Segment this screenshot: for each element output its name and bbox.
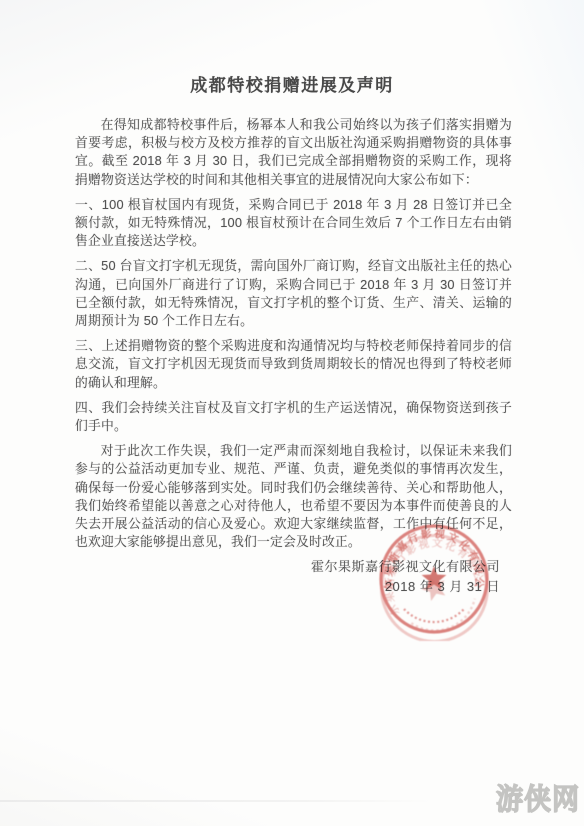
document-title: 成都特校捐赠进展及声明 [0,0,584,96]
signature-company: 霍尔果斯嘉行影视文化有限公司 [311,557,500,577]
scanned-document-page: 成都特校捐赠进展及声明 在得知成都特校事件后，杨幂本人和我公司始终以为孩子们落实… [0,0,584,826]
closing-paragraph: 对于此次工作失误，我们一定严肃而深刻地自我检讨，以保证未来我们参与的公益活动更加… [75,442,512,551]
intro-paragraph: 在得知成都特校事件后，杨幂本人和我公司始终以为孩子们落实捐赠为首要考虑，积极与校… [75,116,512,189]
scan-artifact-line [0,800,432,802]
donation-item-2: 二、50 台盲文打字机无现货，需向国外厂商订购，经盲文出版社主任的热心沟通，已向… [75,257,512,330]
document-body: 在得知成都特校事件后，杨幂本人和我公司始终以为孩子们落实捐赠为首要考虑，积极与校… [75,116,512,558]
donation-item-1: 一、100 根盲杖国内有现货，采购合同已于 2018 年 3 月 28 日签订并… [75,196,512,251]
site-watermark: 游侠网 [496,775,580,817]
signature-date: 2018 年 3 月 31 日 [311,577,500,597]
donation-item-4: 四、我们会持续关注盲杖及盲文打字机的生产运送情况，确保物资送到孩子们手中。 [75,399,512,435]
signature-block: 霍尔果斯嘉行影视文化有限公司 2018 年 3 月 31 日 [311,557,500,596]
donation-item-3: 三、上述捐赠物资的整个采购进度和沟通情况均与特校老师保持着同步的信息交流，盲文打… [75,337,512,392]
